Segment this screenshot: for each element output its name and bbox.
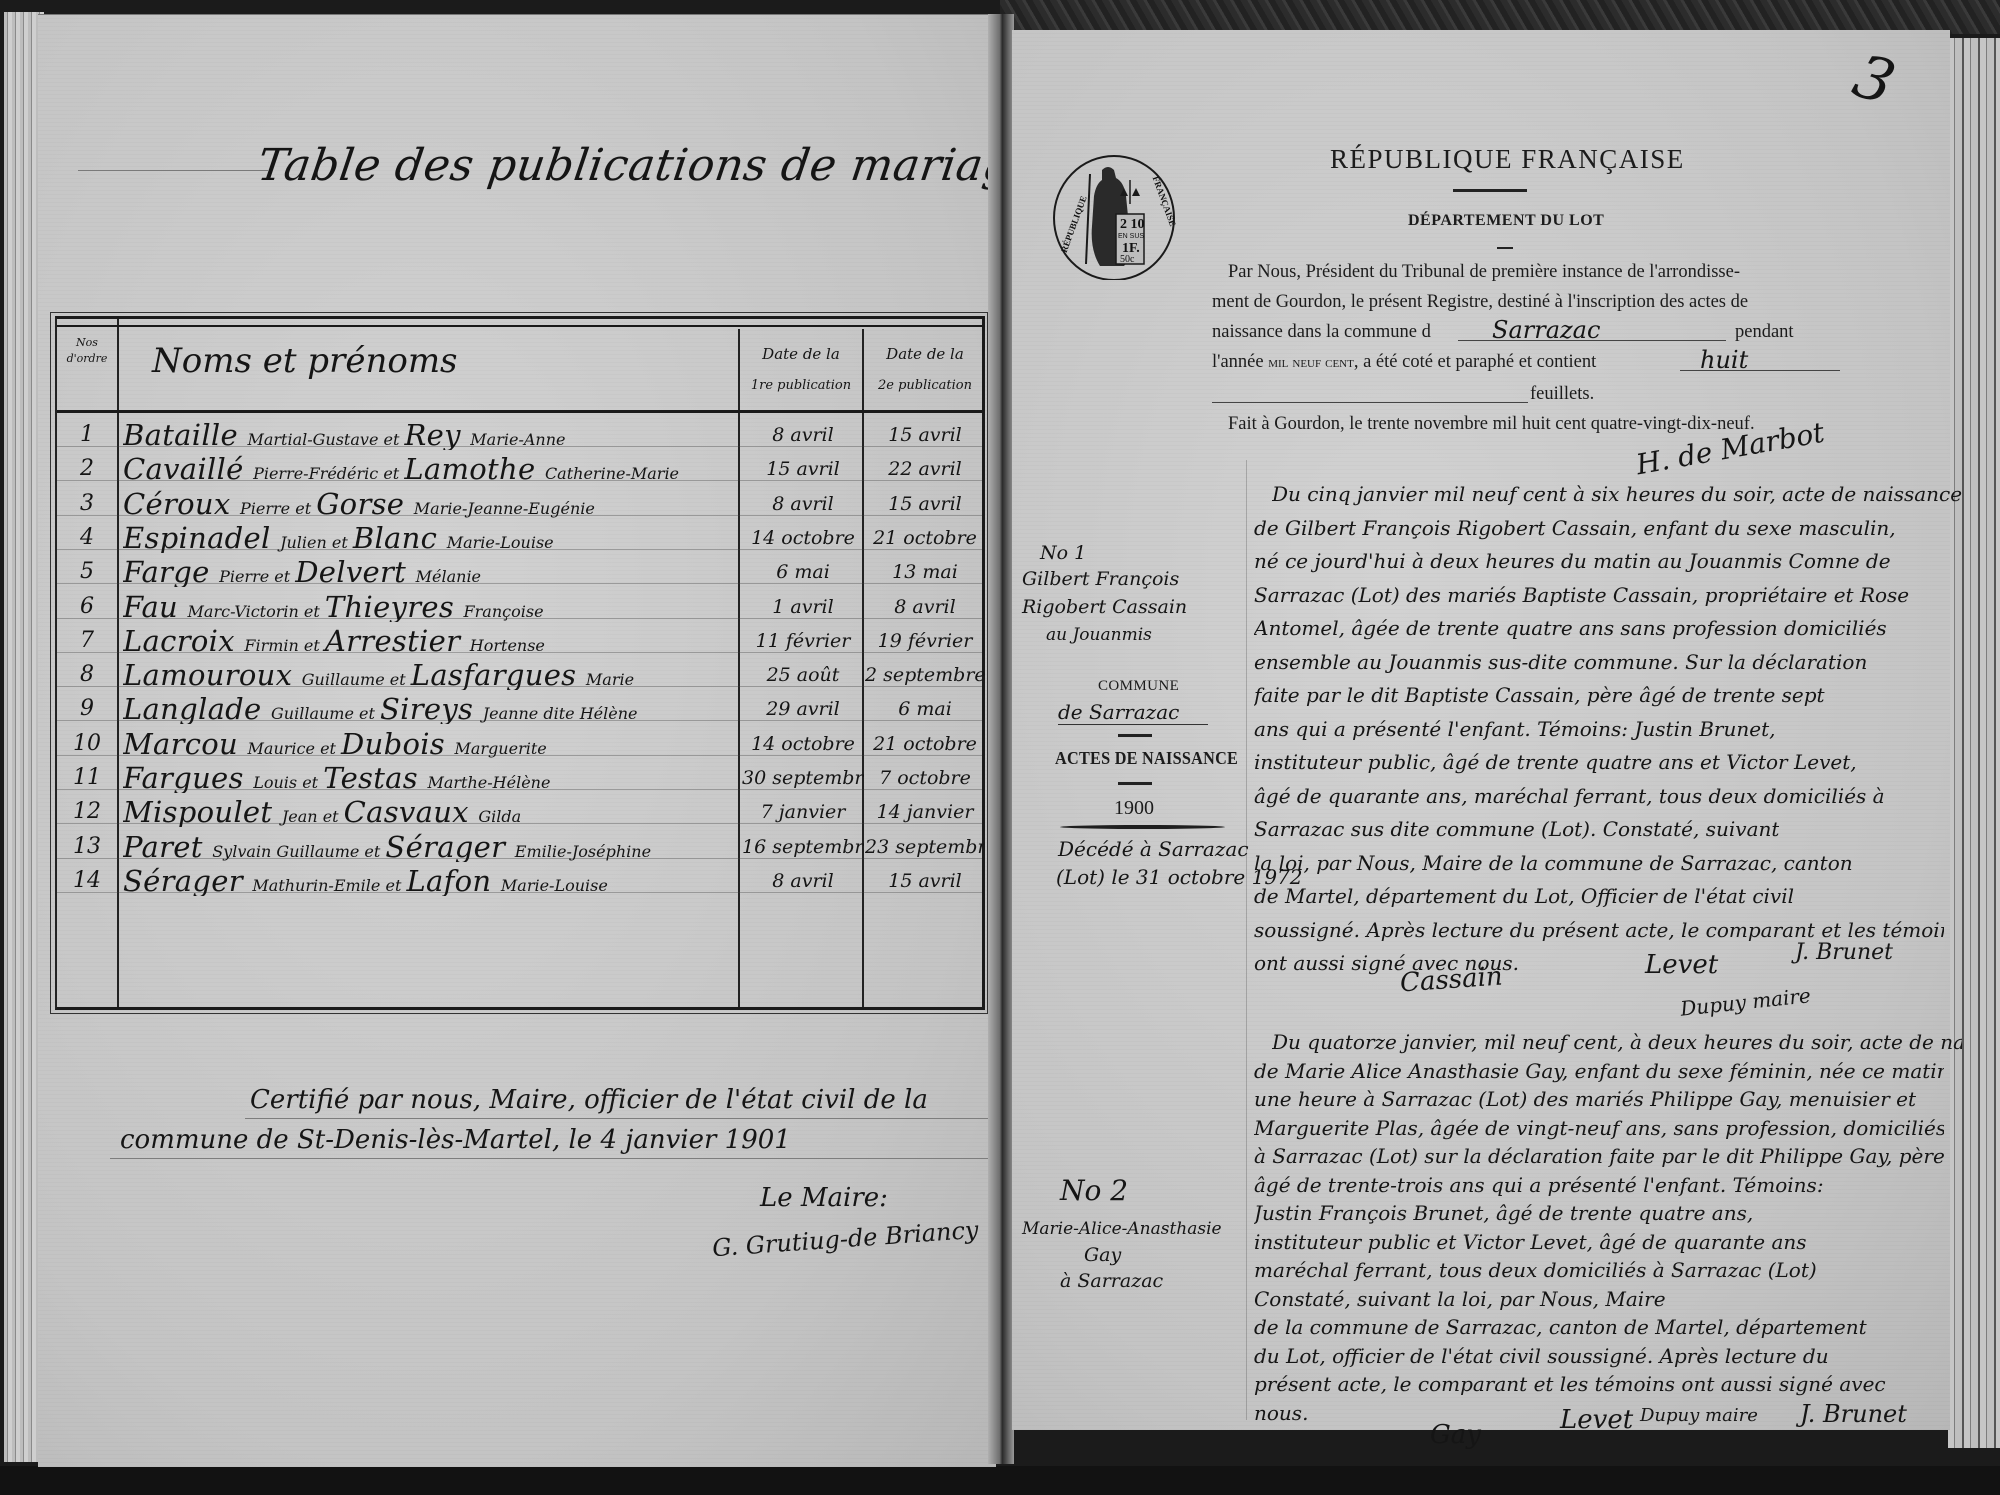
conjunction: et xyxy=(384,430,405,449)
act-line: Du cinq janvier mil neuf cent à six heur… xyxy=(1272,482,1962,506)
groom-given-names: Guillaume xyxy=(302,670,390,689)
second-publication-date: 21 octobre xyxy=(865,725,985,759)
first-publication-date: 6 mai xyxy=(742,553,864,587)
groom-given-names: Pierre xyxy=(219,567,274,586)
header-top-rule xyxy=(57,325,982,327)
entry-2-number: No 2 xyxy=(1060,1178,1128,1204)
entry-1-number: No 1 xyxy=(1040,540,1086,566)
groom-surname: Langlade xyxy=(123,692,271,724)
header-divider xyxy=(57,410,982,413)
groom-given-names: Mathurin-Emile xyxy=(252,876,385,895)
entry-2-place: à Sarrazac xyxy=(1060,1268,1163,1294)
table-row: 13 Paret Sylvain Guillaume et Sérager Em… xyxy=(57,828,982,862)
act-line: de Gilbert François Rigobert Cassain, en… xyxy=(1254,516,1896,540)
preamble-line-3-prefix: naissance dans la commune d xyxy=(1212,322,1431,343)
republic-heading: RÉPUBLIQUE FRANÇAISE xyxy=(1330,144,1685,175)
second-publication-date: 23 septembre xyxy=(865,828,985,862)
first-publication-date: 25 août xyxy=(742,656,864,690)
row-names: Marcou Maurice et Dubois Marguerite xyxy=(123,725,723,759)
groom-surname: Mispoulet xyxy=(123,795,282,827)
groom-surname: Marcou xyxy=(123,727,248,759)
commune-label: COMMUNE xyxy=(1098,678,1179,695)
groom-surname: Cavaillé xyxy=(123,452,253,484)
act-line: Sarrazac sus dite commune (Lot). Constat… xyxy=(1254,817,1779,841)
row-number: 14 xyxy=(57,862,117,896)
act-line: ans qui a présenté l'enfant. Témoins: Ju… xyxy=(1254,717,1775,741)
bride-surname: Gorse xyxy=(316,487,414,519)
bride-surname: Thieyres xyxy=(325,590,464,622)
certification-line-2: commune de St-Denis-lès-Martel, le 4 jan… xyxy=(120,1125,791,1155)
book-bottom-shadow xyxy=(0,1466,2000,1495)
act-line: né ce jourd'hui à deux heures du matin a… xyxy=(1254,549,1891,573)
table-row: 10 Marcou Maurice et Dubois Marguerite 1… xyxy=(57,725,982,759)
conjunction: et xyxy=(359,704,380,723)
mayor-label: Le Maire: xyxy=(760,1183,888,1213)
header-date1-line2: 1re publication xyxy=(741,377,861,395)
first-publication-date: 30 septembre xyxy=(742,759,864,793)
marriage-publications-table: Nos d'ordre Noms et prénoms Date de la 1… xyxy=(55,316,985,1010)
preamble-line-4: l'année mil neuf cent, a été coté et par… xyxy=(1212,352,1596,373)
bride-surname: Rey xyxy=(404,418,470,450)
bride-given-names: Mélanie xyxy=(416,567,481,586)
fill-line xyxy=(1458,340,1726,341)
bride-surname: Lamothe xyxy=(404,452,545,484)
first-publication-date: 1 avril xyxy=(742,588,864,622)
table-row: 8 Lamouroux Guillaume et Lasfargues Mari… xyxy=(57,656,982,690)
act-line: ensemble au Jouanmis sus-dite commune. S… xyxy=(1254,650,1867,674)
signature-gay: Gay xyxy=(1430,1420,1481,1450)
entry-1-name-line-2: Rigobert Cassain xyxy=(1022,594,1187,620)
row-names: Paret Sylvain Guillaume et Sérager Emili… xyxy=(123,828,723,862)
title-rule xyxy=(78,170,268,171)
commune-value: de Sarrazac xyxy=(1058,700,1179,724)
preamble-line-1: Par Nous, Président du Tribunal de premi… xyxy=(1228,262,1740,283)
act-line: Constaté, suivant la loi, par Nous, Mair… xyxy=(1254,1287,1666,1311)
groom-given-names: Jean xyxy=(282,807,323,826)
header-number: Nos d'ordre xyxy=(59,335,115,367)
bride-surname: Lasfargues xyxy=(411,658,586,690)
header-date2-line2: 2e publication xyxy=(865,377,985,395)
second-publication-date: 15 avril xyxy=(865,416,985,450)
preamble-line-6: Fait à Gourdon, le trente novembre mil h… xyxy=(1228,414,1755,435)
first-publication-date: 8 avril xyxy=(742,862,864,896)
row-names: Lacroix Firmin et Arrestier Hortense xyxy=(123,622,723,656)
header-date1-line1: Date de la xyxy=(741,345,861,363)
fill-line xyxy=(1212,402,1528,403)
bride-surname: Arrestier xyxy=(325,624,470,656)
groom-given-names: Maurice xyxy=(248,739,321,758)
groom-surname: Bataille xyxy=(123,418,247,450)
act-line: nous. xyxy=(1254,1401,1308,1425)
first-publication-date: 8 avril xyxy=(742,416,864,450)
first-publication-date: 8 avril xyxy=(742,485,864,519)
svg-text:RÉPUBLIQUE: RÉPUBLIQUE xyxy=(1059,194,1089,253)
year-suffix: , a été coté et paraphé et contient xyxy=(1354,352,1596,372)
register-year: 1900 xyxy=(1114,797,1154,820)
bride-given-names: Marie-Jeanne-Eugénie xyxy=(414,499,595,518)
separator xyxy=(1118,782,1152,785)
bride-given-names: Hortense xyxy=(470,636,545,655)
bride-given-names: Marie-Louise xyxy=(447,533,554,552)
act-line: une heure à Sarrazac (Lot) des mariés Ph… xyxy=(1254,1087,1916,1111)
second-publication-date: 13 mai xyxy=(865,553,985,587)
act-line: faite par le dit Baptiste Cassain, père … xyxy=(1254,683,1825,707)
heading-rule xyxy=(1497,247,1513,249)
conjunction: et xyxy=(385,876,406,895)
bride-given-names: Gilda xyxy=(478,807,521,826)
bride-surname: Dubois xyxy=(341,727,454,759)
signature-brunet: J. Brunet xyxy=(1795,940,1893,965)
act-line: Du quatorze janvier, mil neuf cent, à de… xyxy=(1272,1030,1962,1054)
act-line: Justin François Brunet, âgé de trente qu… xyxy=(1254,1201,1753,1225)
row-number: 6 xyxy=(57,588,117,622)
death-note-line-1: Décédé à Sarrazac xyxy=(1058,836,1249,862)
bride-surname: Blanc xyxy=(353,521,447,553)
conjunction: et xyxy=(364,842,385,861)
row-number: 12 xyxy=(57,793,117,827)
groom-surname: Farge xyxy=(123,555,219,587)
first-publication-date: 14 octobre xyxy=(742,725,864,759)
act-line: de la commune de Sarrazac, canton de Mar… xyxy=(1254,1315,1867,1339)
second-publication-date: 15 avril xyxy=(865,485,985,519)
table-row: 9 Langlade Guillaume et Sireys Jeanne di… xyxy=(57,690,982,724)
cert-rule xyxy=(110,1158,990,1159)
year-rule xyxy=(1060,825,1225,829)
conjunction: et xyxy=(383,464,404,483)
signature-levet: Levet xyxy=(1560,1405,1633,1435)
groom-given-names: Firmin xyxy=(244,636,304,655)
entry-1-place: au Jouanmis xyxy=(1046,622,1152,648)
groom-surname: Lamouroux xyxy=(123,658,302,690)
act-line: instituteur public et Victor Levet, âgé … xyxy=(1254,1230,1807,1254)
first-publication-date: 15 avril xyxy=(742,450,864,484)
bride-given-names: Marie xyxy=(586,670,634,689)
act-line: de Marie Alice Anasthasie Gay, enfant du… xyxy=(1254,1059,1944,1083)
conjunction: et xyxy=(332,533,353,552)
bride-given-names: Françoise xyxy=(464,602,544,621)
commune-rule xyxy=(1058,724,1208,725)
second-publication-date: 14 janvier xyxy=(865,793,985,827)
bride-surname: Sérager xyxy=(385,830,514,862)
second-publication-date: 19 février xyxy=(865,622,985,656)
first-publication-date: 11 février xyxy=(742,622,864,656)
year-prefix: l'année xyxy=(1212,352,1264,372)
act-line: la loi, par Nous, Maire de la commune de… xyxy=(1254,851,1853,875)
bride-given-names: Catherine-Marie xyxy=(545,464,679,483)
second-publication-date: 15 avril xyxy=(865,862,985,896)
preamble-line-5: feuillets. xyxy=(1530,384,1594,405)
act-line: maréchal ferrant, tous deux domiciliés à… xyxy=(1254,1258,1817,1282)
table-row: 6 Fau Marc-Victorin et Thieyres François… xyxy=(57,588,982,622)
groom-surname: Fau xyxy=(123,590,188,622)
book-cover-marbled xyxy=(1000,0,2000,34)
groom-given-names: Guillaume xyxy=(271,704,359,723)
header-date2-line1: Date de la xyxy=(865,345,985,363)
entry-2-name-line-2: Gay xyxy=(1084,1242,1121,1268)
heading-rule xyxy=(1453,189,1527,192)
bride-surname: Testas xyxy=(323,761,427,793)
header-names: Noms et prénoms xyxy=(152,341,458,381)
margin-rule xyxy=(1246,460,1247,1420)
marianne-stamp-icon: 2 10 EN SUS 1F. 50c RÉPUBLIQUE FRANÇAISE xyxy=(1050,152,1178,280)
act-line: à Sarrazac (Lot) sur la déclaration fait… xyxy=(1254,1144,1944,1168)
act-line: de Martel, département du Lot, Officier … xyxy=(1254,884,1794,908)
bride-given-names: Emilie-Joséphine xyxy=(515,842,651,861)
row-number: 5 xyxy=(57,553,117,587)
bride-surname: Delvert xyxy=(295,555,415,587)
row-number: 4 xyxy=(57,519,117,553)
right-page-edges xyxy=(1948,38,2000,1448)
first-publication-date: 29 avril xyxy=(742,690,864,724)
groom-surname: Fargues xyxy=(123,761,253,793)
table-row: 12 Mispoulet Jean et Casvaux Gilda 7 jan… xyxy=(57,793,982,827)
conjunction: et xyxy=(295,499,316,518)
act-line: âgé de trente-trois ans qui a présenté l… xyxy=(1254,1173,1824,1197)
svg-text:EN SUS: EN SUS xyxy=(1118,233,1144,240)
act-line: du Lot, officier de l'état civil soussig… xyxy=(1254,1344,1829,1368)
act-line: Marguerite Plas, âgée de vingt-neuf ans,… xyxy=(1254,1116,1944,1140)
second-publication-date: 21 octobre xyxy=(865,519,985,553)
cert-rule xyxy=(245,1118,990,1119)
fill-line xyxy=(1680,370,1840,371)
groom-surname: Espinadel xyxy=(123,521,280,553)
act-line: Antomel, âgée de trente quatre ans sans … xyxy=(1254,616,1887,640)
signature-levet: Levet xyxy=(1645,950,1718,980)
row-number: 11 xyxy=(57,759,117,793)
conjunction: et xyxy=(323,807,344,826)
table-row: 7 Lacroix Firmin et Arrestier Hortense 1… xyxy=(57,622,982,656)
row-names: Sérager Mathurin-Emile et Lafon Marie-Lo… xyxy=(123,862,723,896)
department-heading: DÉPARTEMENT DU LOT xyxy=(1408,212,1604,230)
preamble-line-2: ment de Gourdon, le présent Registre, de… xyxy=(1212,292,1748,313)
row-names: Céroux Pierre et Gorse Marie-Jeanne-Eugé… xyxy=(123,485,723,519)
bride-given-names: Marie-Louise xyxy=(501,876,608,895)
conjunction: et xyxy=(304,602,325,621)
separator xyxy=(1118,734,1152,737)
groom-given-names: Sylvain Guillaume xyxy=(212,842,364,861)
bride-given-names: Jeanne dite Hélène xyxy=(483,704,638,723)
groom-given-names: Martial-Gustave xyxy=(247,430,383,449)
row-names: Mispoulet Jean et Casvaux Gilda xyxy=(123,793,723,827)
act-line: soussigné. Après lecture du présent acte… xyxy=(1254,918,1944,942)
groom-given-names: Louis xyxy=(253,773,302,792)
row-names: Fargues Louis et Testas Marthe-Hélène xyxy=(123,759,723,793)
row-number: 1 xyxy=(57,416,117,450)
first-publication-date: 14 octobre xyxy=(742,519,864,553)
row-names: Farge Pierre et Delvert Mélanie xyxy=(123,553,723,587)
second-publication-date: 8 avril xyxy=(865,588,985,622)
row-names: Langlade Guillaume et Sireys Jeanne dite… xyxy=(123,690,723,724)
bride-given-names: Marie-Anne xyxy=(470,430,565,449)
row-names: Bataille Martial-Gustave et Rey Marie-An… xyxy=(123,416,723,450)
conjunction: et xyxy=(302,773,323,792)
second-publication-date: 22 avril xyxy=(865,450,985,484)
register-type: ACTES DE NAISSANCE xyxy=(1055,748,1238,769)
row-names: Lamouroux Guillaume et Lasfargues Marie xyxy=(123,656,723,690)
bride-given-names: Marthe-Hélène xyxy=(427,773,550,792)
row-number: 3 xyxy=(57,485,117,519)
svg-text:50c: 50c xyxy=(1120,254,1135,265)
act-line: Sarrazac (Lot) des mariés Baptiste Cassa… xyxy=(1254,583,1909,607)
table-row: 11 Fargues Louis et Testas Marthe-Hélène… xyxy=(57,759,982,793)
table-row: 2 Cavaillé Pierre-Frédéric et Lamothe Ca… xyxy=(57,450,982,484)
row-number: 13 xyxy=(57,828,117,862)
certification-line-1: Certifié par nous, Maire, officier de l'… xyxy=(250,1085,928,1115)
conjunction: et xyxy=(304,636,325,655)
groom-surname: Lacroix xyxy=(123,624,244,656)
row-number: 2 xyxy=(57,450,117,484)
row-names: Cavaillé Pierre-Frédéric et Lamothe Cath… xyxy=(123,450,723,484)
act-line: présent acte, le comparant et les témoin… xyxy=(1254,1372,1886,1396)
row-names: Fau Marc-Victorin et Thieyres Françoise xyxy=(123,588,723,622)
row-names: Espinadel Julien et Blanc Marie-Louise xyxy=(123,519,723,553)
groom-given-names: Pierre-Frédéric xyxy=(253,464,383,483)
bride-given-names: Marguerite xyxy=(454,739,546,758)
bride-surname: Sireys xyxy=(380,692,483,724)
act-line: instituteur public, âgé de trente quatre… xyxy=(1254,750,1857,774)
row-number: 8 xyxy=(57,656,117,690)
table-row: 3 Céroux Pierre et Gorse Marie-Jeanne-Eu… xyxy=(57,485,982,519)
groom-surname: Paret xyxy=(123,830,212,862)
first-publication-date: 7 janvier xyxy=(742,793,864,827)
second-publication-date: 6 mai xyxy=(865,690,985,724)
table-row: 5 Farge Pierre et Delvert Mélanie 6 mai … xyxy=(57,553,982,587)
conjunction: et xyxy=(274,567,295,586)
year-text: mil neuf cent xyxy=(1268,354,1354,371)
preamble-line-3-suffix: pendant xyxy=(1735,322,1794,343)
table-row: 1 Bataille Martial-Gustave et Rey Marie-… xyxy=(57,416,982,450)
table-row: 4 Espinadel Julien et Blanc Marie-Louise… xyxy=(57,519,982,553)
bride-surname: Casvaux xyxy=(344,795,479,827)
groom-given-names: Julien xyxy=(280,533,332,552)
signature-mayor: Dupuy maire xyxy=(1640,1405,1758,1426)
second-publication-date: 7 octobre xyxy=(865,759,985,793)
entry-1-name-line-1: Gilbert François xyxy=(1022,566,1179,592)
svg-text:2 10: 2 10 xyxy=(1120,217,1145,232)
act-line: âgé de quarante ans, maréchal ferrant, t… xyxy=(1254,784,1885,808)
row-number: 10 xyxy=(57,725,117,759)
signature-brunet: J. Brunet xyxy=(1800,1400,1907,1428)
groom-given-names: Pierre xyxy=(240,499,295,518)
conjunction: et xyxy=(390,670,411,689)
row-number: 7 xyxy=(57,622,117,656)
conjunction: et xyxy=(320,739,341,758)
first-publication-date: 16 septembre xyxy=(742,828,864,862)
groom-surname: Sérager xyxy=(123,864,252,896)
groom-given-names: Marc-Victorin xyxy=(188,602,304,621)
row-number: 9 xyxy=(57,690,117,724)
entry-2-name-line-1: Marie-Alice-Anasthasie xyxy=(1022,1216,1222,1242)
fiscal-stamp: 2 10 EN SUS 1F. 50c RÉPUBLIQUE FRANÇAISE xyxy=(1050,152,1178,280)
table-row: 14 Sérager Mathurin-Emile et Lafon Marie… xyxy=(57,862,982,896)
second-publication-date: 2 septembre xyxy=(865,656,985,690)
bride-surname: Lafon xyxy=(406,864,500,896)
book-gutter xyxy=(988,14,1014,1464)
groom-surname: Céroux xyxy=(123,487,240,519)
